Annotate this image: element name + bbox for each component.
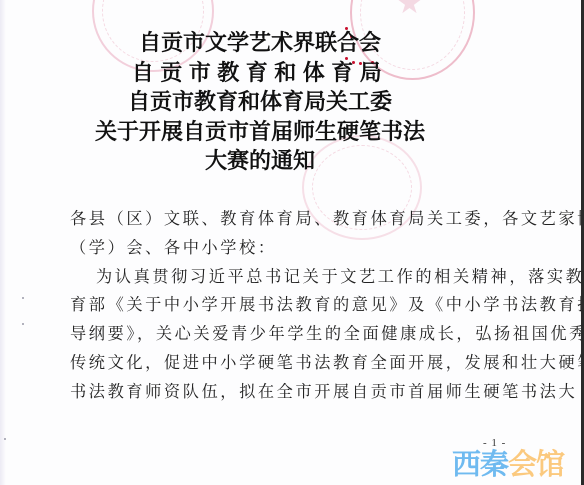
paragraph-line-4: 传统文化，促进中小学硬笔书法教育全面开展，发展和壮大硬笔 <box>70 349 454 378</box>
title-line-subject-2: 大赛的通知 <box>0 147 520 177</box>
paragraph-line-2: 育部《关于中小学开展书法教育的意见》及《中小学书法教育指 <box>70 291 454 320</box>
seal-star-icon: ★ <box>396 0 423 19</box>
title-line-subject-1: 关于开展自贡市首届师生硬笔书法 <box>0 118 520 148</box>
addressee-line-2: （学）会、各中小学校： <box>70 234 454 263</box>
document-title: 自贡市文学艺术界联合会 自贡市教育和体育局 自贡市教育和体育局关工委 关于开展自… <box>0 29 520 177</box>
title-line-issuer-1: 自贡市文学艺术界联合会 <box>0 29 520 59</box>
watermark-text-orange: 会馆 <box>508 447 564 481</box>
addressee-line-1: 各县（区）文联、教育体育局、教育体育局关工委，各文艺家协 <box>70 205 454 234</box>
document-body: 各县（区）文联、教育体育局、教育体育局关工委，各文艺家协 （学）会、各中小学校：… <box>70 205 454 407</box>
document-page: ★ 自贡市文学艺术界联合会 自贡市教育和体育局 自贡市教育和体育局关工委 关于开… <box>0 0 581 485</box>
scan-speck <box>4 438 6 440</box>
paragraph-line-5: 书法教育师资队伍，拟在全市开展自贡市首届师生硬笔书法大 <box>70 378 454 407</box>
paragraph-line-3: 导纲要》，关心关爱青少年学生的全面健康成长，弘扬祖国优秀 <box>70 320 454 349</box>
scan-speck <box>22 323 24 325</box>
title-line-issuer-2: 自贡市教育和体育局 <box>0 59 520 89</box>
watermark-text-blue: 西秦 <box>452 447 508 481</box>
title-line-issuer-3: 自贡市教育和体育局关工委 <box>0 88 520 118</box>
scan-speck <box>22 297 24 299</box>
paragraph-line-1: 为认真贯彻习近平总书记关于文艺工作的相关精神，落实教 <box>70 263 454 292</box>
watermark-logo: 西秦会馆 <box>452 448 564 480</box>
